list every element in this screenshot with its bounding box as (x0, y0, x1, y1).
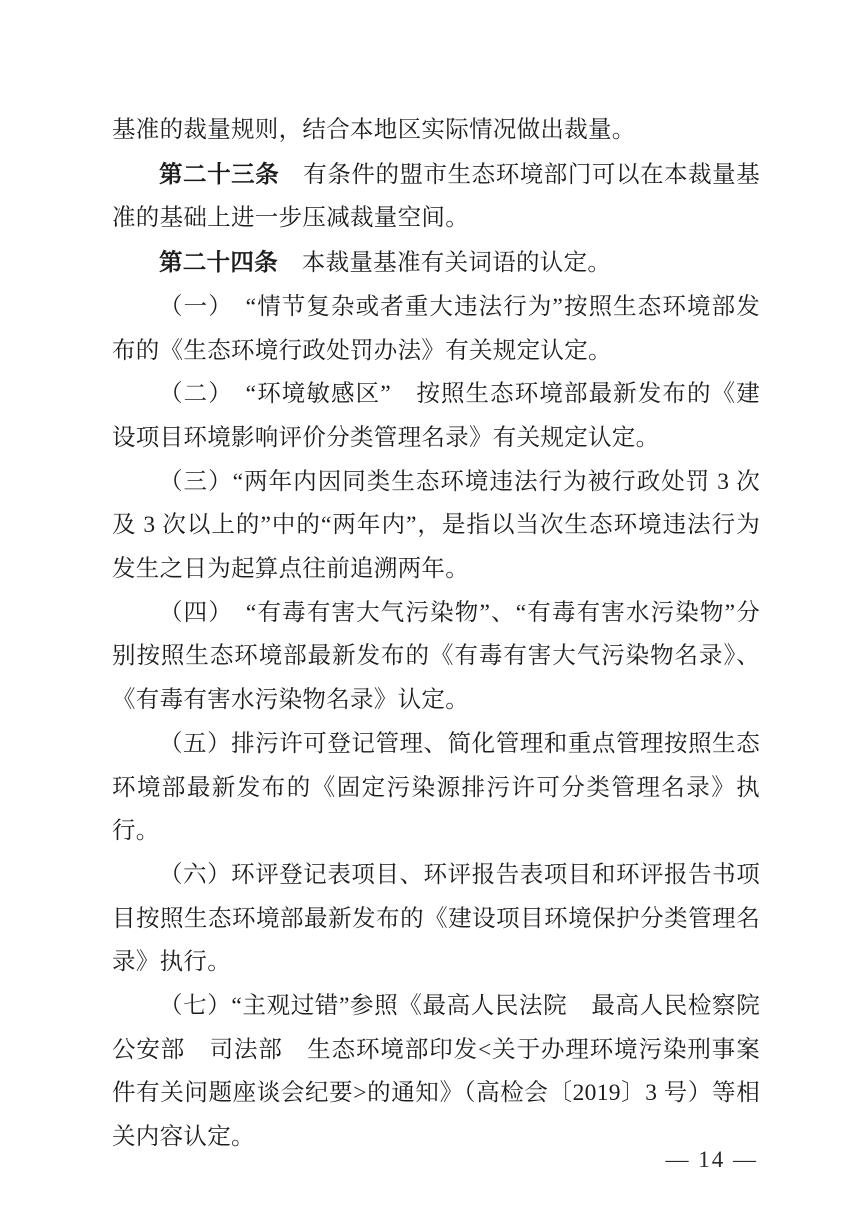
paragraph-6: （三）“两年内因同类生态环境违法行为被行政处罚 3 次及 3 次以上的”中的“两… (112, 461, 760, 592)
paragraph-2: 第二十三条 有条件的盟市生态环境部门可以在本裁量基准的基础上进一步压减裁量空间。 (112, 153, 760, 241)
paragraph-text: （五）排污许可登记管理、简化管理和重点管理按照生态环境部最新发布的《固定污染源排… (112, 731, 760, 844)
paragraph-text: （一） “情节复杂或者重大违法行为”按照生态环境部发布的《生态环境行政处罚办法》… (112, 294, 760, 364)
paragraph-text: （六）环评登记表项目、环评报告表项目和环评报告书项目按照生态环境部最新发布的《建… (112, 862, 760, 975)
paragraph-text: （七）“主观过错”参照《最高人民法院 最高人民检察院 公安部 司法部 生态环境部… (112, 993, 784, 1150)
document-body: 基准的裁量规则，结合本地区实际情况做出裁量。第二十三条 有条件的盟市生态环境部门… (112, 109, 760, 1160)
paragraph-4: （一） “情节复杂或者重大违法行为”按照生态环境部发布的《生态环境行政处罚办法》… (112, 286, 760, 373)
paragraph-9: （六）环评登记表项目、环评报告表项目和环评报告书项目按照生态环境部最新发布的《建… (112, 854, 760, 985)
paragraph-text: （四） “有毒有害大气污染物”、“有毒有害水污染物”分别按照生态环境部最新发布的… (112, 600, 760, 713)
article-heading: 第二十三条 (159, 161, 279, 187)
paragraph-1: 基准的裁量规则，结合本地区实际情况做出裁量。 (112, 109, 760, 153)
paragraph-3: 第二十四条 本裁量基准有关词语的认定。 (112, 241, 760, 286)
document-page: 基准的裁量规则，结合本地区实际情况做出裁量。第二十三条 有条件的盟市生态环境部门… (0, 0, 868, 1228)
paragraph-text: （三）“两年内因同类生态环境违法行为被行政处罚 3 次及 3 次以上的”中的“两… (112, 469, 760, 582)
paragraph-text: 基准的裁量规则，结合本地区实际情况做出裁量。 (112, 117, 636, 143)
paragraph-10: （七）“主观过错”参照《最高人民法院 最高人民检察院 公安部 司法部 生态环境部… (112, 985, 760, 1160)
page-number: — 14 — (666, 1146, 759, 1174)
paragraph-text: （二） “环境敏感区” 按照生态环境部最新发布的《建设项目环境影响评价分类管理名… (112, 381, 760, 451)
paragraph-8: （五）排污许可登记管理、简化管理和重点管理按照生态环境部最新发布的《固定污染源排… (112, 723, 760, 854)
paragraph-5: （二） “环境敏感区” 按照生态环境部最新发布的《建设项目环境影响评价分类管理名… (112, 373, 760, 460)
article-heading: 第二十四条 (159, 249, 278, 275)
paragraph-text: 本裁量基准有关词语的认定。 (278, 250, 611, 276)
paragraph-7: （四） “有毒有害大气污染物”、“有毒有害水污染物”分别按照生态环境部最新发布的… (112, 592, 760, 723)
